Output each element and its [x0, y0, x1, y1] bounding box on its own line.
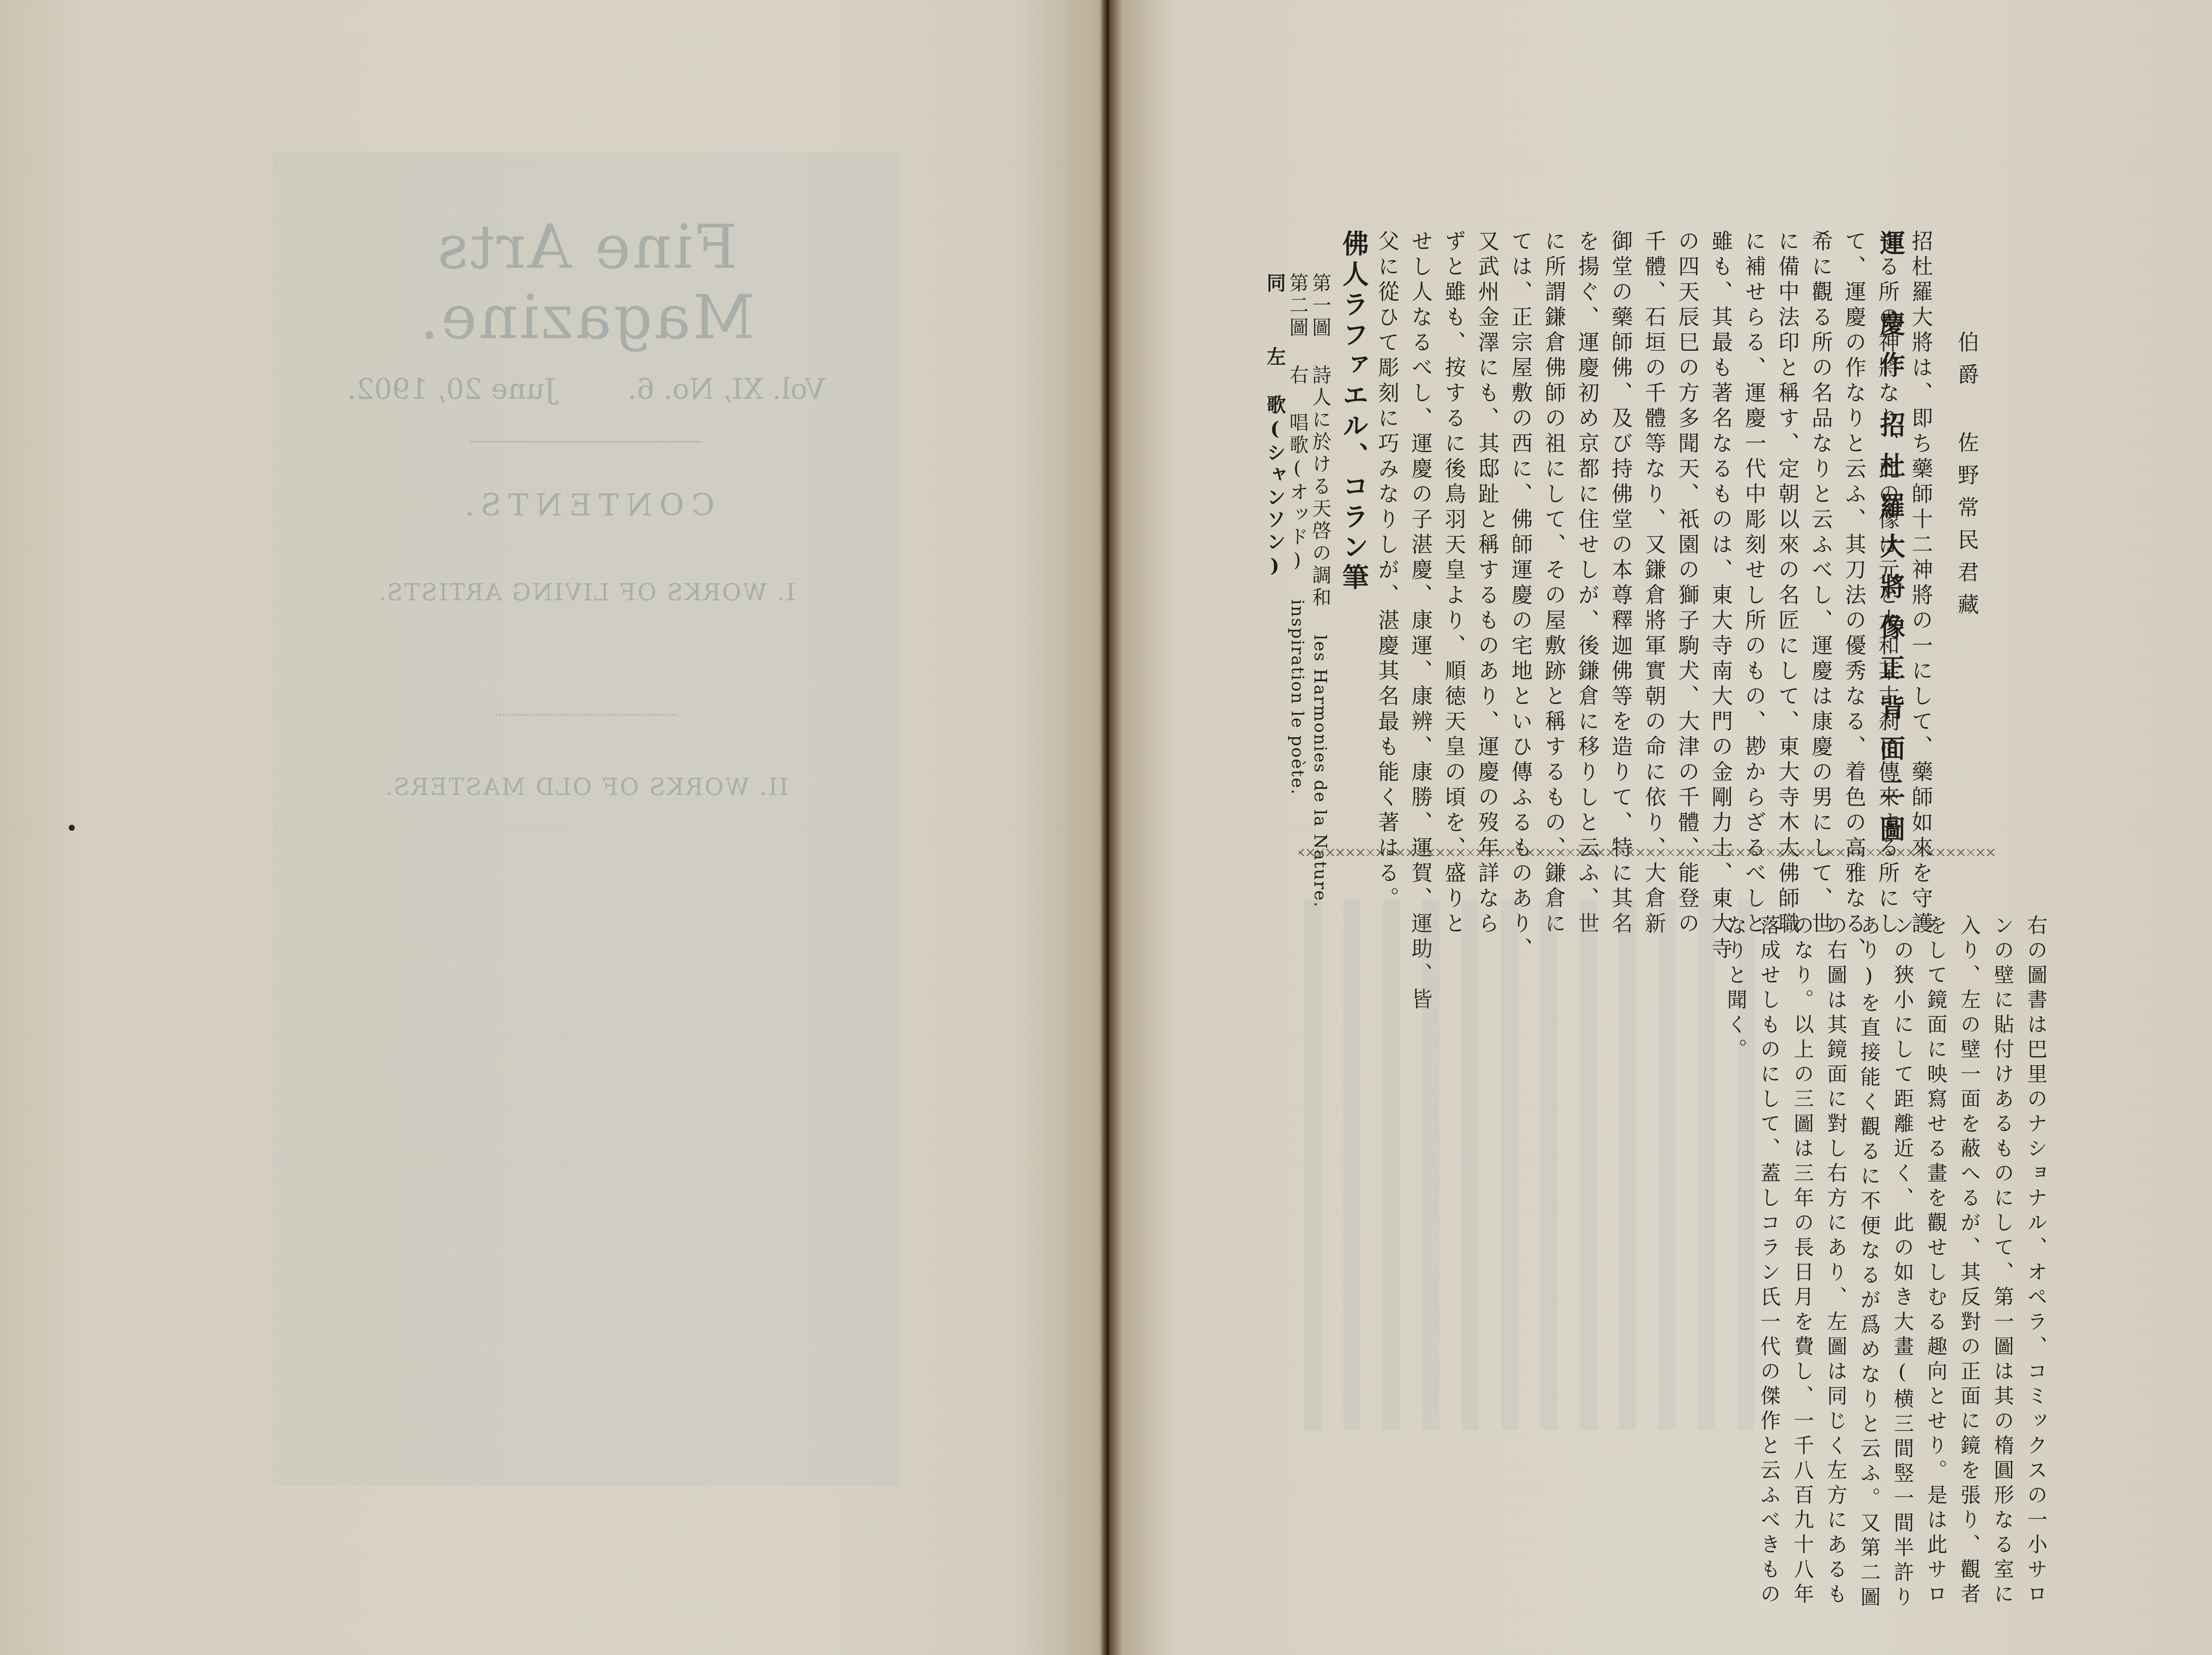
- showthrough-text-block: Fine Arts Magazine. Vol. XI, No. 6. June…: [273, 152, 900, 1486]
- body-column: ずと雖も、按するに後鳥羽天皇より、順徳天皇の頃を、盛りと: [1443, 230, 1465, 937]
- lower-column: あり)を直接能く觀るに不便なるが爲めなりと云ふ。又第二圖: [1855, 915, 1884, 1611]
- caption-french: inspiration le poète.: [1287, 599, 1307, 795]
- showthrough-section-1: I. WORKS OF LIVING ARTISTS.: [273, 579, 900, 606]
- body-column: の四天辰巳の方多聞天、祇園の獅子駒犬、大津の千體、能登の: [1677, 230, 1698, 937]
- body-column: 千體、石垣の千體等なり、又鎌倉將軍實朝の命に依り、大倉新: [1643, 230, 1665, 937]
- caption-japanese: 右 唱歌(オッド): [1286, 365, 1308, 574]
- left-page: Fine Arts Magazine. Vol. XI, No. 6. June…: [0, 0, 1109, 1655]
- ink-speck: [69, 825, 75, 831]
- body-column: する所の神將なり、此の像は元と大和某古刹に傳來する所にし: [1877, 230, 1898, 937]
- body-column: に備中法印と稱す、定朝以來の名匠にして、東大寺木大佛師職: [1777, 230, 1798, 937]
- body-column: 父に從ひて彫刻に巧みなりしが、湛慶其名最も能く著はる。: [1377, 230, 1398, 912]
- second-article-heading: 佛人ラファエル、コラン筆: [1334, 230, 1372, 594]
- lower-column: をして鏡面に映寫せる畫を觀せしむる趣向とせり。是は此サロ: [1921, 915, 1950, 1608]
- showthrough-date: June 20, 1902.: [347, 373, 556, 406]
- showthrough-section-2: II. WORKS OF OLD MASTERS.: [273, 773, 900, 800]
- body-column: を揚ぐ、運慶初め京都に住せしが、後鎌倉に移りしと云ふ、世: [1577, 230, 1598, 937]
- body-column: に補せらる、運慶一代中彫刻せし所のもの、尠からざるべしと: [1744, 230, 1765, 937]
- caption-label: 第二圖: [1286, 273, 1308, 340]
- showthrough-ornament: [495, 714, 677, 718]
- body-column: 希に觀る所の名品なりと云ふべし、運慶は康慶の男にして、世: [1810, 230, 1831, 937]
- attribution: 伯爵 佐野常民君藏: [1952, 331, 1982, 626]
- lower-column: 右の圖書は巴里のナショナル、オペラ、コミックスの一小サロ: [2021, 915, 2050, 1608]
- lower-column: なりと聞く。: [1721, 915, 1750, 1063]
- showthrough-title: Fine Arts Magazine.: [273, 212, 900, 353]
- caption-label: 第一圖: [1309, 273, 1331, 340]
- book-spread: Fine Arts Magazine. Vol. XI, No. 6. June…: [0, 0, 2212, 1655]
- lower-column: のなり。以上の三圖は三年の長日月を費し、一千八百九十八年: [1788, 915, 1817, 1608]
- showthrough-paragraph: ​: [313, 636, 859, 658]
- lower-column: 落成せしものにして、蓋しコラン氏一代の傑作と云ふべきもの: [1755, 915, 1783, 1608]
- caption-label: 同: [1263, 273, 1286, 295]
- lower-column: 入り、左の壁一面を蔽へるが、其反對の正面に鏡を張り、觀者: [1955, 915, 1984, 1608]
- lower-column: ンの壁に貼付けあるものにして、第一圖は其の楕圓形なる室に: [1988, 915, 2017, 1608]
- showthrough-volume-label: Vol. XI, No. 6.: [628, 373, 825, 406]
- body-column: せし人なるべし、運慶の子湛慶、康運、康辨、康勝、運賀、運助、皆: [1410, 230, 1431, 1013]
- showthrough-volume: Vol. XI, No. 6. June 20, 1902.: [273, 373, 900, 406]
- lower-column: の右圖は其鏡面に對し右方にあり、左圖は同じく左方にあるも: [1821, 915, 1850, 1608]
- wavy-divider: [1299, 849, 1996, 856]
- caption-figure-2-left: 同 左 歌(シャンソン): [1261, 273, 1289, 580]
- body-column: 又武州金澤にも、其邸趾と稱するものあり、運慶の歿年詳なら: [1477, 230, 1498, 937]
- caption-japanese: 詩人に於ける天啓の調和: [1309, 365, 1331, 609]
- lower-column: ンの狹小にして距離近く、此の如き大畫(横三間竪一間半許り: [1888, 915, 1917, 1611]
- showthrough-rule: [470, 441, 702, 442]
- body-column: に所謂鎌倉佛師の祖にして、その屋敷跡と稱するもの、鎌倉に: [1543, 230, 1565, 937]
- body-column: 御堂の藥師佛、及び持佛堂の本尊釋迦佛等を造りて、特に其名: [1610, 230, 1631, 937]
- body-column: 招杜羅大將は、即ち藥師十二神將の一にして、藥師如來を守護: [1910, 230, 1932, 937]
- caption-japanese: 左 歌(シャンソン): [1263, 347, 1286, 580]
- showthrough-columns: [1304, 900, 1759, 1430]
- showthrough-contents-heading: CONTENTS.: [273, 488, 900, 523]
- caption-french: les Harmonies de la Nature.: [1310, 635, 1330, 908]
